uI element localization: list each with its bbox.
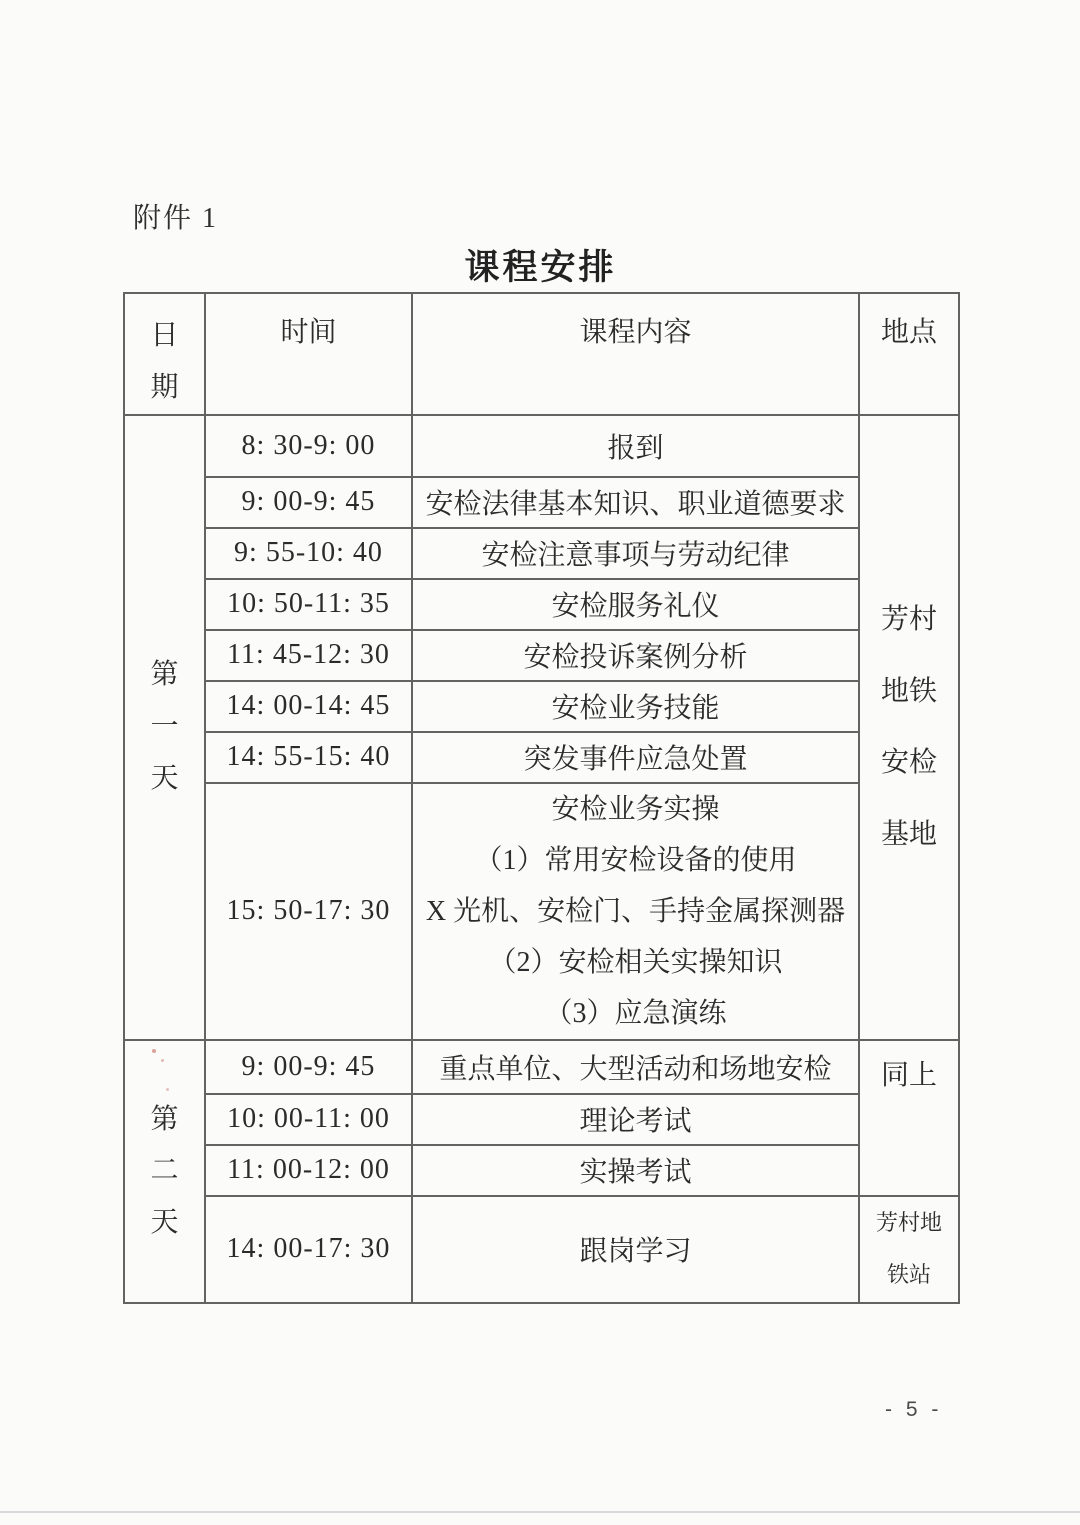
content-cell-practical: 安检业务实操 （1）常用安检设备的使用 X 光机、安检门、手持金属探测器 （2）… xyxy=(412,783,859,1040)
time-cell: 9: 00-9: 45 xyxy=(205,477,412,528)
page-number: - 5 - xyxy=(885,1398,942,1422)
content-cell: 安检投诉案例分析 xyxy=(412,630,859,681)
time-cell: 11: 45-12: 30 xyxy=(205,630,412,681)
practical-line: （3）应急演练 xyxy=(413,988,858,1039)
table-row: 14: 00-17: 30 跟岗学习 芳村地铁站 xyxy=(124,1196,959,1304)
table-row: 9: 55-10: 40 安检注意事项与劳动纪律 xyxy=(124,528,959,579)
table-row: 11: 45-12: 30 安检投诉案例分析 xyxy=(124,630,959,681)
page-title: 课程安排 xyxy=(123,240,958,290)
location-cell-same-as-above: 同上 xyxy=(859,1040,959,1196)
content-cell: 理论考试 xyxy=(412,1094,859,1145)
header-date-label: 日期 xyxy=(148,310,180,414)
date-cell-day1: 第一天 xyxy=(124,415,205,1040)
content-cell: 重点单位、大型活动和场地安检 xyxy=(412,1040,859,1094)
time-cell: 9: 55-10: 40 xyxy=(205,528,412,579)
practical-line: （2）安检相关实操知识 xyxy=(413,937,858,988)
attachment-label: 附件 1 xyxy=(133,196,218,236)
table-row: 9: 00-9: 45 安检法律基本知识、职业道德要求 xyxy=(124,477,959,528)
table-row: 10: 50-11: 35 安检服务礼仪 xyxy=(124,579,959,630)
practical-line: 安检业务实操 xyxy=(413,784,858,835)
table-row: 15: 50-17: 30 安检业务实操 （1）常用安检设备的使用 X 光机、安… xyxy=(124,783,959,1040)
time-cell: 11: 00-12: 00 xyxy=(205,1145,412,1196)
header-cell-time: 时间 xyxy=(205,293,412,415)
location-cell-day1: 芳村地铁安检基地 xyxy=(859,415,959,1040)
day2-location-label: 芳村地铁站 xyxy=(872,1197,947,1303)
header-cell-content: 课程内容 xyxy=(412,293,859,415)
day2-label: 第二天 xyxy=(148,1094,180,1249)
table-row: 14: 55-15: 40 突发事件应急处置 xyxy=(124,732,959,783)
time-cell: 9: 00-9: 45 xyxy=(205,1040,412,1094)
practical-line: （1）常用安检设备的使用 xyxy=(413,835,858,886)
time-cell: 14: 55-15: 40 xyxy=(205,732,412,783)
table-row: 10: 00-11: 00 理论考试 xyxy=(124,1094,959,1145)
day1-label: 第一天 xyxy=(148,649,180,804)
time-cell: 14: 00-17: 30 xyxy=(205,1196,412,1304)
time-cell: 15: 50-17: 30 xyxy=(205,783,412,1040)
red-ink-speckle xyxy=(152,1049,156,1053)
content-cell: 报到 xyxy=(412,415,859,477)
table-row: 14: 00-14: 45 安检业务技能 xyxy=(124,681,959,732)
red-ink-speckle xyxy=(161,1059,164,1062)
table-header-row: 日期 时间 课程内容 地点 xyxy=(124,293,959,415)
date-cell-day2: 第二天 xyxy=(124,1040,205,1304)
content-cell: 安检服务礼仪 xyxy=(412,579,859,630)
content-cell: 实操考试 xyxy=(412,1145,859,1196)
practical-line: X 光机、安检门、手持金属探测器 xyxy=(413,886,858,937)
day1-location-label: 芳村地铁安检基地 xyxy=(877,584,941,870)
time-cell: 8: 30-9: 00 xyxy=(205,415,412,477)
content-cell: 安检业务技能 xyxy=(412,681,859,732)
time-cell: 10: 50-11: 35 xyxy=(205,579,412,630)
table-row: 第一天 8: 30-9: 00 报到 芳村地铁安检基地 xyxy=(124,415,959,477)
content-cell: 安检注意事项与劳动纪律 xyxy=(412,528,859,579)
content-cell: 突发事件应急处置 xyxy=(412,732,859,783)
table-row: 第二天 9: 00-9: 45 重点单位、大型活动和场地安检 同上 xyxy=(124,1040,959,1094)
header-cell-date: 日期 xyxy=(124,293,205,415)
content-cell: 安检法律基本知识、职业道德要求 xyxy=(412,477,859,528)
table-row: 11: 00-12: 00 实操考试 xyxy=(124,1145,959,1196)
scan-edge-line xyxy=(0,1511,1080,1513)
red-ink-speckle xyxy=(166,1088,169,1091)
time-cell: 10: 00-11: 00 xyxy=(205,1094,412,1145)
document-page: 附件 1 课程安排 日期 时间 课程内容 地点 第一天 8: 30-9: 00 … xyxy=(0,0,1080,1525)
location-cell-fangcun-station: 芳村地铁站 xyxy=(859,1196,959,1304)
content-cell: 跟岗学习 xyxy=(412,1196,859,1304)
header-cell-location: 地点 xyxy=(859,293,959,415)
time-cell: 14: 00-14: 45 xyxy=(205,681,412,732)
course-schedule-table: 日期 时间 课程内容 地点 第一天 8: 30-9: 00 报到 芳村地铁安检基… xyxy=(123,292,960,1304)
